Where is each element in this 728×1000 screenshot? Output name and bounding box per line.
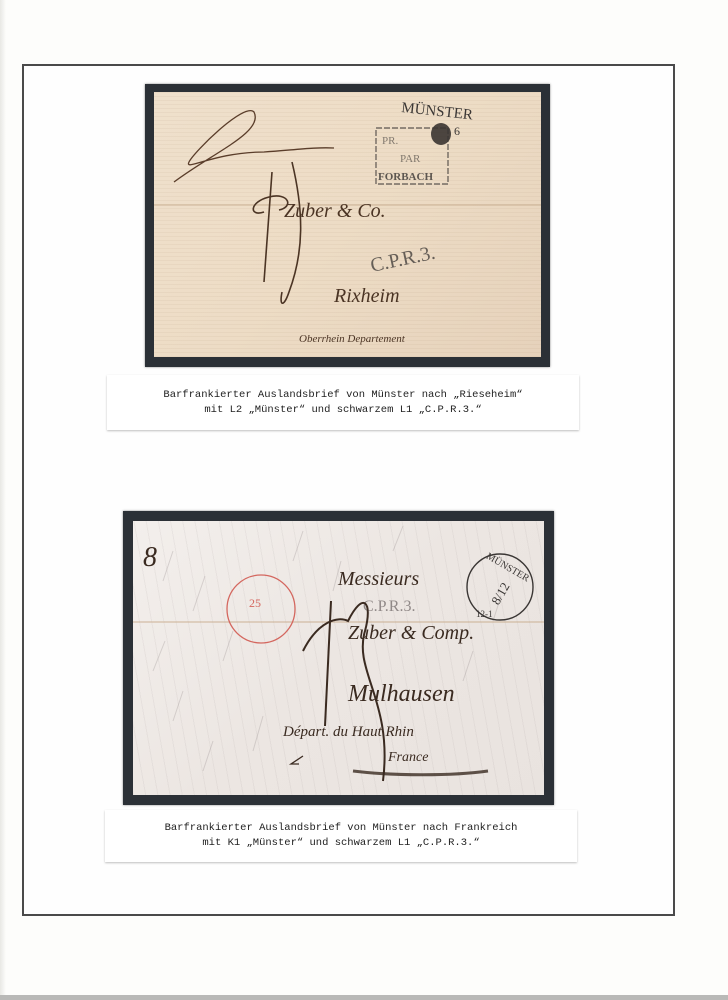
caption-line-2: mit L2 „Münster“ und schwarzem L1 „C.P.R… — [107, 403, 579, 418]
postmark-date: 6 — [454, 124, 460, 138]
town-text: Rixheim — [333, 285, 400, 307]
cover-2-letter: 8 25 MÜNSTER 8/12 12-1 C.P.R.3. Messieur… — [133, 521, 544, 795]
region-text: Départ. du Haut Rhin — [282, 724, 414, 740]
page-bottom-edge — [0, 995, 728, 1000]
town-text: Mulhausen — [347, 681, 455, 707]
svg-text:FORBACH: FORBACH — [378, 171, 433, 183]
country-text: France — [387, 750, 428, 765]
caption-line-2: mit K1 „Münster“ und schwarzem L1 „C.P.R… — [105, 836, 577, 851]
cover-1-markings: Zuber & Co. Rixheim Oberrhein Departemen… — [154, 92, 541, 357]
svg-text:8/12: 8/12 — [488, 580, 513, 608]
red-entry-postmark — [227, 575, 295, 643]
cover-2-caption: Barfrankierter Auslandsbrief von Münster… — [105, 810, 577, 862]
postmark-munster: MÜNSTER — [401, 99, 474, 123]
cpr-mark: C.P.R.3. — [363, 598, 415, 615]
corner-mark: 8 — [143, 542, 157, 573]
svg-text:12-1: 12-1 — [476, 609, 493, 619]
cover-2-markings: 8 25 MÜNSTER 8/12 12-1 C.P.R.3. Messieur… — [133, 521, 544, 795]
cover-1-caption: Barfrankierter Auslandsbrief von Münster… — [107, 375, 579, 430]
addressee-text: Zuber & Co. — [284, 200, 386, 222]
svg-text:PAR: PAR — [400, 153, 421, 165]
caption-line-1: Barfrankierter Auslandsbrief von Münster… — [107, 388, 579, 403]
addressee-text: Zuber & Comp. — [348, 622, 474, 644]
salutation-text: Messieurs — [337, 568, 419, 590]
region-text: Oberrhein Departement — [299, 333, 406, 345]
page-edge — [0, 0, 6, 1000]
cover-1-letter: Zuber & Co. Rixheim Oberrhein Departemen… — [154, 92, 541, 357]
cpr-mark: C.P.R.3. — [368, 242, 437, 277]
caption-line-1: Barfrankierter Auslandsbrief von Münster… — [105, 821, 577, 836]
cover-2-mount: 8 25 MÜNSTER 8/12 12-1 C.P.R.3. Messieur… — [123, 511, 554, 805]
svg-text:PR.: PR. — [382, 135, 398, 147]
cover-1-mount: Zuber & Co. Rixheim Oberrhein Departemen… — [145, 84, 550, 367]
svg-text:25: 25 — [249, 596, 261, 610]
